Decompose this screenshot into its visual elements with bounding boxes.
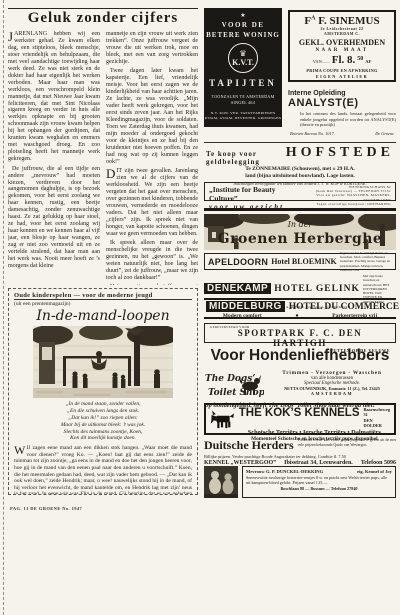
poem-line: „En die schuiven langs den stok. bbox=[14, 408, 192, 415]
kok-name: THE KOK’S KENNELS bbox=[239, 407, 360, 419]
analyst-footer: Brieven Bureau No. 1017. De Groene bbox=[288, 131, 396, 136]
toiletshop-city: AMSTERDAM bbox=[268, 391, 396, 396]
article-title: Geluk zonder cijfers bbox=[8, 10, 198, 27]
dunckel-address: Boschlaan 88 — Bussum — Telefoon 27840 bbox=[246, 486, 392, 491]
article-top-rule bbox=[8, 8, 198, 9]
newspaper-page: Geluk zonder cijfers JARENLANG hebben wi… bbox=[0, 0, 400, 615]
ad-hotel-du-commerce: MIDDELBURG HOTEL DU COMMERCE - Tel. 94 M… bbox=[204, 298, 396, 319]
beauty-left: „Institute for Beauty Culture” voor uw g… bbox=[209, 185, 297, 199]
basket-walking-engraving bbox=[33, 326, 173, 398]
poem-line: Slechts des tuinmans zoontje, Koen, bbox=[14, 429, 192, 436]
banner-title-text: Groenen Herberghe bbox=[218, 231, 383, 247]
article-paragraph: Twee dagen later kwam het kapstertje. Ee… bbox=[106, 68, 198, 165]
analyst-heading: Interne Opleiding bbox=[288, 90, 396, 97]
feature-subheader: (uit een prentenmagazijn) bbox=[14, 301, 192, 307]
dunckel-owner: Mevrouw G. P. DUNCKEL-DEKKING bbox=[246, 469, 323, 474]
kinderspelen-feature-box: Oude kinderspelen — voor de moderne jeug… bbox=[8, 288, 198, 495]
beauty-services-1: Voor uw gezicht: WASSCHEN, MASKERS, STOO… bbox=[297, 193, 391, 202]
dunckel-kennel: eig. Kennel of Joy bbox=[357, 469, 392, 474]
kvt-cities-line: R'DAM, A'DAM, DEVENTER, GRONINGEN bbox=[204, 116, 282, 120]
kok-address: Baarnscheweg 31 DEN DOLDER bbox=[364, 407, 391, 428]
section-divider-rule bbox=[204, 208, 396, 211]
herders-title: Duitsche Herders bbox=[204, 438, 294, 453]
herders-conditions: Billijke prijzen. Verder prachtige Roode… bbox=[204, 454, 396, 459]
crown-icon: ♛ bbox=[239, 50, 246, 58]
article-paragraph: JARENLANG hebben wij een werkster gehad.… bbox=[8, 31, 100, 163]
sinemus-product: GEKL. OVERHEMDEN bbox=[290, 38, 394, 47]
analyst-bureau: Brieven Bureau No. 1017. bbox=[290, 131, 335, 136]
kvt-company-line: N.V. KON. VER. TAPIJTFABRIEKEN bbox=[204, 111, 282, 115]
ad-koks-kennels: THE KOK’S KENNELS Baarnscheweg 31 DEN DO… bbox=[204, 403, 396, 435]
page-footer: PAG. 13 DE GROENE No. 1947 bbox=[10, 506, 82, 511]
sinemus-foot-1: PRIMA COUPE EN AFWERKING bbox=[290, 68, 394, 73]
middelburg-row: MIDDELBURG HOTEL DU COMMERCE - Tel. 94 bbox=[206, 301, 394, 312]
feature-header: Oude kinderspelen — voor de moderne jeug… bbox=[14, 292, 192, 300]
herders-headline: Duitsche Herders Wederom eerste klas zwa… bbox=[204, 438, 396, 453]
poem-line: „In de mand staan, zonder vallen, bbox=[14, 401, 192, 408]
dog-grooming-logo-illustration: The Dogs’ Toilet Shop bbox=[204, 370, 264, 400]
kok-street: Baarnscheweg 31 bbox=[364, 407, 391, 418]
herders-description: Wederom eerste klas zwart-grijze jongen … bbox=[298, 438, 396, 447]
sinemus-price-row: VAN....... Fl. 8. 50 AF bbox=[290, 54, 394, 66]
feature-body-text: WIJ zagen eene mand aan een dikken stok … bbox=[14, 445, 192, 495]
kvt-logo: ♛ K.V.T. bbox=[228, 43, 258, 73]
groenen-herberghe-banner: In der Groenen Herberghe bbox=[204, 214, 396, 250]
kvt-product: TAPIJTEN bbox=[204, 78, 282, 88]
kok-breeds: Schotsche Terriërs • Iersche Terriërs • … bbox=[239, 429, 390, 436]
ad-hotel-bloemink: APELDOORN Hotel BLOEMINK Tegenover het K… bbox=[204, 253, 396, 270]
beauty-services-2: Tegen overtollige haargroei: ONTHARING bbox=[297, 202, 391, 206]
hofstede-line-2: land (bijna uitsluitend bouwland). Lage … bbox=[204, 173, 396, 180]
dunckel-headline: Mevrouw G. P. DUNCKEL-DEKKING eig. Kenne… bbox=[246, 469, 392, 474]
article-paragraph: Het mannetje van de juffrouw moet nu elk… bbox=[106, 284, 198, 285]
hofstede-headline: Te koop voor geldbelegging HOFSTEDE bbox=[204, 145, 396, 166]
sinemus-fit: NAAR MAAT bbox=[290, 48, 394, 53]
ad-analyst-opleiding: Interne Opleiding ANALYST(E) In het cent… bbox=[288, 90, 396, 136]
kvt-showroom-line: TOONZALEN TE AMSTERDAM bbox=[204, 94, 282, 99]
hotel-name: HOTEL DU COMMERCE - Tel. 94 bbox=[289, 302, 400, 312]
article-paragraph: De juffrouw, die al een tijdje een ander… bbox=[8, 166, 100, 270]
hofstede-intro: Te koop voor geldbelegging bbox=[206, 150, 286, 166]
hotel-name: Hotel BLOEMINK bbox=[271, 257, 337, 266]
kvt-logo-text: K.V.T. bbox=[232, 59, 254, 67]
hotel-details: Tegenover het Koninklijk Paleis en bossc… bbox=[340, 251, 392, 272]
article-column-2: mannetje en zijn vrouw uit werk zien tre… bbox=[106, 31, 198, 285]
article-body: JARENLANG hebben wij een werkster gehad.… bbox=[8, 31, 198, 285]
poem-line: Kon dit moeilijk kunstje doen. bbox=[14, 435, 192, 442]
article-column-1: JARENLANG hebben wij een werkster gehad.… bbox=[8, 31, 100, 285]
feature-title: In-de-mand-loopen bbox=[14, 308, 192, 324]
analyst-body: In het centrum des lands, bestaat gelege… bbox=[300, 111, 396, 128]
sinemus-firm-name: FA F. SINEMUS bbox=[290, 15, 394, 27]
article-paragraph: Ik spreek alleen maar over de menschelij… bbox=[106, 240, 198, 282]
dunckel-text-box: Mevrouw G. P. DUNCKEL-DEKKING eig. Kenne… bbox=[242, 466, 396, 498]
kok-headline: THE KOK’S KENNELS Baarnscheweg 31 DEN DO… bbox=[239, 407, 390, 428]
firm-rest: F. SINEMUS bbox=[315, 15, 379, 27]
ad-beauty-culture: „Institute for Beauty Culture” voor uw g… bbox=[204, 182, 396, 201]
ad-kvt-tapijten: ★ VOOR DE BETERE WONING ♛ K.V.T. TAPIJTE… bbox=[204, 8, 282, 127]
price-value: Fl. 8. bbox=[332, 54, 356, 66]
toiletshop-logo-line-2: Toilet Shop bbox=[208, 388, 264, 398]
hotel-city: DENEKAMP bbox=[204, 283, 271, 294]
analyst-publication: De Groene bbox=[375, 131, 394, 136]
middelburg-features: Modern comfort ● Parkeerterrein vrij bbox=[206, 313, 394, 319]
star-icon: ★ bbox=[204, 12, 282, 19]
ad-duitsche-herders: Duitsche Herders Wederom eerste klas zwa… bbox=[204, 438, 396, 466]
kvt-tagline-2: BETERE WONING bbox=[204, 31, 282, 39]
beauty-details: WETERINGSCHANS 82 (hoek Den Texstraat) —… bbox=[297, 185, 391, 199]
article-paragraph: mannetje en zijn vrouw uit werk zien tre… bbox=[106, 31, 198, 66]
hofstede-title: HOFSTEDE bbox=[286, 145, 394, 161]
price-cents: 50 bbox=[357, 56, 363, 62]
sinemus-address-2: AMSTERDAM C. bbox=[290, 32, 394, 37]
poem-line: „Dat kan ik!” zoo riepen allen: bbox=[14, 415, 192, 422]
hotel-city: MIDDELBURG bbox=[206, 301, 285, 312]
kennel-photo bbox=[204, 466, 238, 498]
toiletshop-details: Trimmen - Verzorgen - Wasschen van alle … bbox=[268, 370, 396, 400]
analyst-title: ANALYST(E) bbox=[288, 97, 396, 109]
hotel-feature-2: Parkeerterrein vrij bbox=[332, 313, 377, 319]
ad-kennel-of-joy: Mevrouw G. P. DUNCKEL-DEKKING eig. Kenne… bbox=[204, 466, 396, 498]
dogs-section-heading: Voor Hondenliefhebbers bbox=[204, 347, 396, 365]
kvt-tagline-1: VOOR DE bbox=[204, 21, 282, 29]
ad-sinemus-overhemden: FA F. SINEMUS 2e Leidschestraat 22 AMSTE… bbox=[288, 10, 396, 82]
hotel-feature-1: Modern comfort bbox=[223, 313, 262, 319]
banner-pre-text: In der bbox=[287, 220, 314, 229]
hotel-name: HOTEL GELINK bbox=[274, 284, 360, 294]
feature-poem: „In de mand staan, zonder vallen, „En di… bbox=[14, 401, 192, 442]
article-geluk-zonder-cijfers: Geluk zonder cijfers JARENLANG hebben wi… bbox=[8, 8, 198, 285]
ad-hofstede: Te koop voor geldbelegging HOFSTEDE Te Z… bbox=[204, 142, 396, 186]
toiletshop-logo-line-1: The Dogs’ bbox=[205, 374, 255, 384]
beauty-name: „Institute for Beauty Culture” bbox=[209, 185, 297, 203]
page-edge-marks bbox=[3, 0, 4, 615]
sinemus-foot-2: EIGEN ATELIER bbox=[290, 74, 394, 79]
kok-main: THE KOK’S KENNELS Baarnscheweg 31 DEN DO… bbox=[239, 407, 390, 431]
kok-city: DEN DOLDER bbox=[364, 418, 391, 429]
ad-sportpark-den-hartigh: GERESERVEERD VOOR SPORTPARK F. C. DEN HA… bbox=[204, 323, 396, 343]
scottie-dog-icon bbox=[210, 407, 235, 431]
kvt-address-line: SINGEL 464 bbox=[204, 100, 282, 105]
bullet-icon: ● bbox=[295, 313, 298, 319]
price-suffix: AF bbox=[365, 59, 371, 64]
price-prefix: VAN....... bbox=[313, 59, 330, 64]
poem-line: Maar bij de uitkomst bleek: ’t was jok. bbox=[14, 422, 192, 429]
article-paragraph: DIT zijn twee gevallen. Jarenlang zien w… bbox=[106, 168, 198, 238]
hotel-city: APELDOORN bbox=[208, 257, 268, 267]
dunckel-body: Sneeuwwitte ruwharige foxterrier-reutjes… bbox=[246, 475, 392, 486]
toiletshop-row: The Dogs’ Toilet Shop Trimmen - Verzorge… bbox=[204, 370, 396, 400]
sportpark-name: SPORTPARK F. C. DEN HARTIGH bbox=[210, 328, 390, 348]
